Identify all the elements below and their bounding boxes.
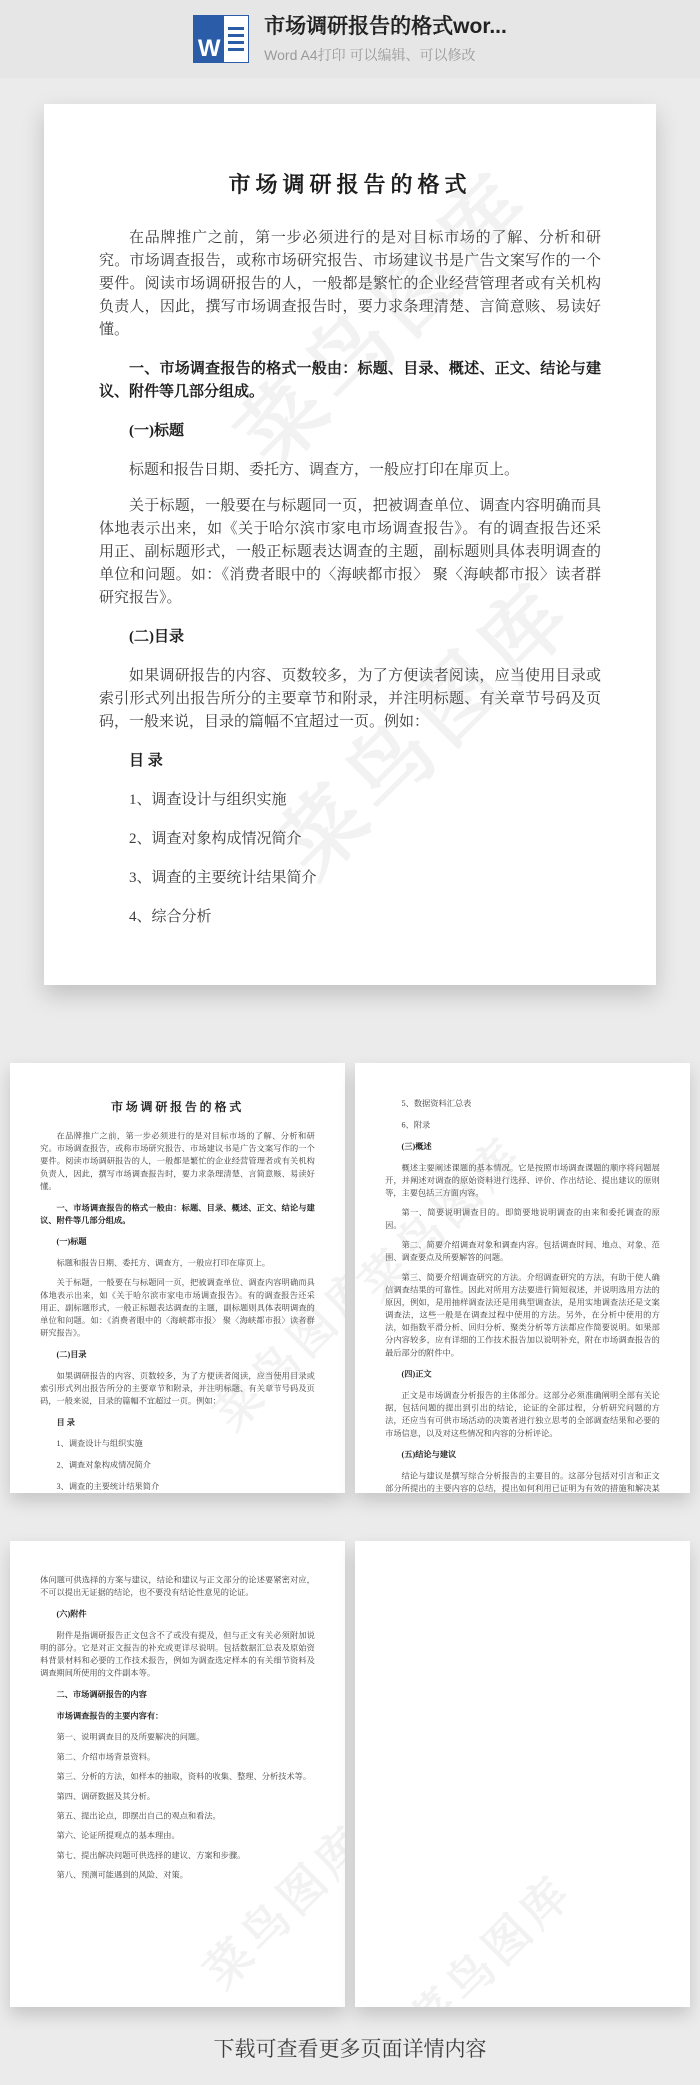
doc-block-li: 3、调查的主要统计结果简介	[99, 867, 601, 890]
doc-block-b: 二、市场调研报告的内容	[40, 1689, 315, 1702]
footer-note: 下载可查看更多页面详情内容	[0, 2007, 700, 2085]
doc-block-p: 第五、提出论点，即摆出自己的观点和看法。	[40, 1810, 315, 1823]
doc-block-pc: 体问题可供选择的方案与建议，结论和建议与正文部分的论述要紧密对应，不可以提出无证…	[40, 1574, 315, 1599]
word-icon: W	[193, 15, 249, 63]
page-thumbnail-4[interactable]: 菜鸟图库	[355, 1541, 690, 2007]
doc-block-b: (六)附件	[40, 1608, 315, 1621]
doc-block-p: 第一、简要说明调查目的。即简要地说明调查的由来和委托调查的原因。	[385, 1207, 660, 1232]
doc-block-li: 2、调查对象构成情况简介	[99, 828, 601, 851]
word-icon-letter: W	[194, 16, 224, 62]
doc-block-b: (二)目录	[99, 626, 601, 649]
doc-block-li: 4、综合分析	[99, 906, 601, 929]
doc-block-p: 标题和报告日期、委托方、调查方，一般应打印在扉页上。	[40, 1257, 315, 1270]
doc-block-b: 目 录	[40, 1417, 315, 1430]
page-thumbnail-3-content: 体问题可供选择的方案与建议，结论和建议与正文部分的论述要紧密对应，不可以提出无证…	[10, 1541, 345, 2007]
doc-block-li: 1、调查设计与组织实施	[40, 1438, 315, 1451]
doc-block-li: 6、附录	[385, 1119, 660, 1132]
page-thumbnail-2[interactable]: 5、数据资料汇总表6、附录(三)概述概述主要阐述课题的基本情况。它是按照市场调查…	[355, 1063, 690, 1493]
doc-block-li: 5、数据资料汇总表	[385, 1098, 660, 1111]
document-title: 市场调研报告的格式wor...	[264, 14, 507, 40]
doc-block-p: 第四、调研数据及其分析。	[40, 1791, 315, 1804]
doc-block-p: 第六、论证所提观点的基本理由。	[40, 1830, 315, 1843]
doc-block-b: 一、市场调查报告的格式一般由：标题、目录、概述、正文、结论与建议、附件等几部分组…	[40, 1202, 315, 1227]
doc-block-li: 3、调查的主要统计结果简介	[40, 1481, 315, 1493]
doc-block-b: (三)概述	[385, 1141, 660, 1154]
doc-block-p: 附件是指调研报告正文包含不了或没有提及，但与正文有关必须附加说明的部分。它是对正…	[40, 1630, 315, 1680]
doc-block-b: 市场调查报告的主要内容有：	[40, 1710, 315, 1723]
doc-block-p: 如果调研报告的内容、页数较多，为了方便读者阅读，应当使用目录或索引形式列出报告所…	[40, 1370, 315, 1408]
doc-block-p: 第八、预测可能遇到的风险、对策。	[40, 1869, 315, 1882]
doc-block-p: 第一、说明调查目的及所要解决的问题。	[40, 1731, 315, 1744]
page-thumbnail-1[interactable]: 市场调研报告的格式在品牌推广之前，第一步必须进行的是对目标市场的了解、分析和研究…	[10, 1063, 345, 1493]
doc-block-p: 第三、分析的方法，如样本的抽取，资料的收集、整理、分析技术等。	[40, 1771, 315, 1784]
doc-block-p: 如果调研报告的内容、页数较多，为了方便读者阅读，应当使用目录或索引形式列出报告所…	[99, 665, 601, 734]
doc-block-p: 结论与建议是撰写综合分析报告的主要目的。这部分包括对引言和正文部分所提出的主要内…	[385, 1470, 660, 1493]
word-icon-page-lines	[224, 16, 248, 62]
doc-block-p: 概述主要阐述课题的基本情况。它是按照市场调查课题的顺序将问题展开，并阐述对调查的…	[385, 1162, 660, 1200]
page-thumbnail-3[interactable]: 体问题可供选择的方案与建议，结论和建议与正文部分的论述要紧密对应，不可以提出无证…	[10, 1541, 345, 2007]
doc-block-p: 正文是市场调查分析报告的主体部分。这部分必须准确阐明全部有关论据，包括问题的提出…	[385, 1390, 660, 1440]
doc-block-title: 市场调研报告的格式	[40, 1098, 315, 1115]
doc-block-p: 第七、提出解决问题可供选择的建议、方案和步骤。	[40, 1850, 315, 1863]
page-thumbnail-1-content: 市场调研报告的格式在品牌推广之前，第一步必须进行的是对目标市场的了解、分析和研究…	[10, 1063, 345, 1493]
header: W 市场调研报告的格式wor... Word A4打印 可以编辑、可以修改	[0, 0, 700, 78]
doc-block-b: (五)结论与建议	[385, 1449, 660, 1462]
doc-block-p: 第二、简要介绍调查对象和调查内容。包括调查时间、地点、对象、范围、调查要点及所要…	[385, 1239, 660, 1264]
page-preview-large[interactable]: 菜鸟图库 菜鸟图库 市场调研报告的格式在品牌推广之前，第一步必须进行的是对目标市…	[44, 104, 656, 985]
doc-block-title: 市场调研报告的格式	[99, 168, 601, 199]
doc-block-b: 目 录	[99, 750, 601, 773]
doc-block-b: (一)标题	[99, 420, 601, 443]
doc-block-b: (一)标题	[40, 1236, 315, 1249]
doc-block-b: (四)正文	[385, 1368, 660, 1381]
doc-block-p: 关于标题，一般要在与标题同一页，把被调查单位、调查内容明确而具体地表示出来，如《…	[99, 495, 601, 610]
doc-block-li: 1、调查设计与组织实施	[99, 789, 601, 812]
doc-block-b: 一、市场调查报告的格式一般由：标题、目录、概述、正文、结论与建议、附件等几部分组…	[99, 358, 601, 404]
doc-block-p: 关于标题，一般要在与标题同一页，把被调查单位、调查内容明确而具体地表示出来，如《…	[40, 1277, 315, 1340]
doc-block-p: 在品牌推广之前，第一步必须进行的是对目标市场的了解、分析和研究。市场调查报告，或…	[99, 227, 601, 342]
document-subtitle: Word A4打印 可以编辑、可以修改	[264, 45, 507, 65]
page-thumbnail-2-content: 5、数据资料汇总表6、附录(三)概述概述主要阐述课题的基本情况。它是按照市场调查…	[355, 1063, 690, 1493]
thumbnails-grid: 市场调研报告的格式在品牌推广之前，第一步必须进行的是对目标市场的了解、分析和研究…	[0, 985, 700, 2007]
doc-block-b: (二)目录	[40, 1349, 315, 1362]
doc-block-p: 第三、简要介绍调查研究的方法。介绍调查研究的方法，有助于使人确信调查结果的可靠性…	[385, 1272, 660, 1360]
page-thumbnail-4-content	[355, 1541, 690, 2007]
doc-block-li: 2、调查对象构成情况简介	[40, 1459, 315, 1472]
doc-block-p: 在品牌推广之前，第一步必须进行的是对目标市场的了解、分析和研究。市场调查报告，或…	[40, 1130, 315, 1193]
doc-block-p: 标题和报告日期、委托方、调查方，一般应打印在扉页上。	[99, 459, 601, 482]
doc-block-p: 第二、介绍市场背景资料。	[40, 1751, 315, 1764]
